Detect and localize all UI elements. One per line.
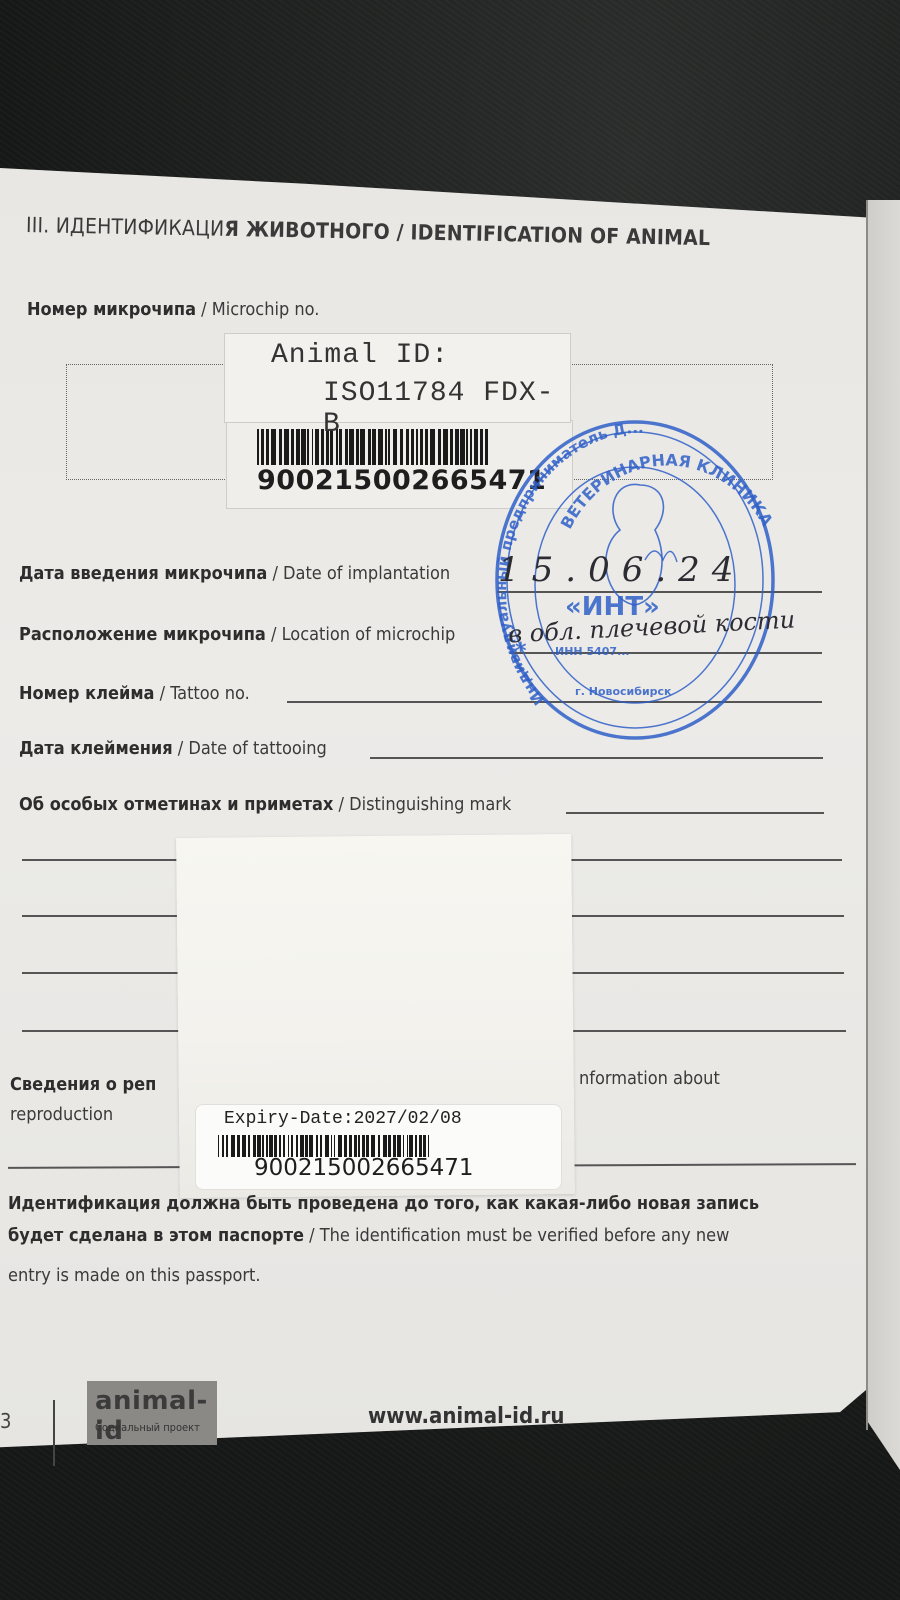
svg-text:г. Новосибирск: г. Новосибирск xyxy=(575,685,672,698)
notice-line-1: Идентификация должна быть проведена до т… xyxy=(8,1193,759,1214)
field-implantation-date: Дата введения микрочипа / Date of implan… xyxy=(19,563,450,584)
field-distinguishing-mark: Об особых отметинах и приметах / Disting… xyxy=(19,794,511,815)
reproduction-label-en-line2: reproduction xyxy=(10,1104,113,1125)
svg-text:ВЕТЕРИНАРНАЯ КЛИНИКА: ВЕТЕРИНАРНАЯ КЛИНИКА xyxy=(557,450,775,531)
svg-text:ИНН 5407...: ИНН 5407... xyxy=(555,645,630,658)
microchip-label: Номер микрочипа / Microchip no. xyxy=(27,299,319,320)
field-line xyxy=(370,757,823,759)
field-tattoo-date: Дата клеймения / Date of tattooing xyxy=(19,738,327,759)
notice-line-2: будет сделана в этом паспорте / The iden… xyxy=(8,1225,729,1246)
expiry-barcode-number: 900215002665471 xyxy=(254,1155,474,1181)
reproduction-label-ru: Сведения о реп xyxy=(10,1074,156,1095)
field-tattoo-no: Номер клейма / Tattoo no. xyxy=(19,683,250,704)
expiry-sticker: Expiry-Date:2027/02/08 900215002665471 xyxy=(195,1104,562,1190)
field-line xyxy=(566,812,824,814)
website-url: www.animal-id.ru xyxy=(368,1404,565,1429)
page-number: 3 xyxy=(0,1409,11,1433)
next-page-edge xyxy=(866,200,900,1470)
page-edge-line xyxy=(866,200,868,1430)
reproduction-label-en: nformation about xyxy=(579,1068,720,1089)
barcode xyxy=(218,1135,431,1157)
footer-divider xyxy=(53,1400,55,1466)
handwritten-implantation-date: 15.06.24 xyxy=(498,550,745,590)
animal-id-logo: animal-id Социальный проект xyxy=(87,1381,217,1445)
notice-line-3: entry is made on this passport. xyxy=(8,1265,261,1286)
expiry-date: Expiry-Date:2027/02/08 xyxy=(224,1109,462,1129)
field-location: Расположение микрочипа / Location of mic… xyxy=(19,624,455,645)
animal-id-title: Animal ID: xyxy=(271,340,449,371)
